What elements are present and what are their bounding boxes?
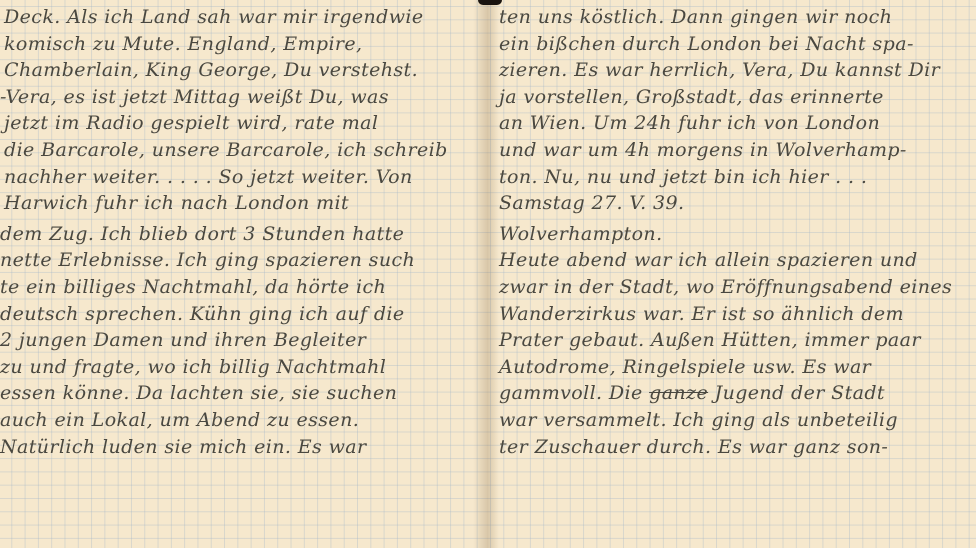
handwritten-line: ein bißchen durch London bei Nacht spa- [499,33,914,55]
handwritten-line: Natürlich luden sie mich ein. Es war [0,436,366,458]
handwritten-line: 2 jungen Damen und ihren Begleiter [0,329,366,351]
handwritten-line: nachher weiter. . . . . So jetzt weiter.… [4,166,413,188]
handwritten-line: ter Zuschauer durch. Es war ganz son- [499,436,888,458]
handwritten-line: an Wien. Um 24h fuhr ich von London [499,112,880,134]
handwritten-line: gammvoll. Die ganze Jugend der Stadt [499,382,885,404]
handwritten-line: Harwich fuhr ich nach London mit [4,192,349,214]
handwritten-line: ton. Nu, nu und jetzt bin ich hier . . . [499,166,867,188]
handwritten-line: nette Erlebnisse. Ich ging spazieren suc… [0,249,415,271]
right-page: ten uns köstlich. Dann gingen wir noch e… [487,0,976,548]
handwritten-line: komisch zu Mute. England, Empire, [4,33,363,55]
handwritten-line: zieren. Es war herrlich, Vera, Du kannst… [499,59,940,81]
handwritten-line: Autodrome, Ringelspiele usw. Es war [499,356,871,378]
handwritten-line: Prater gebaut. Außen Hütten, immer paar [499,329,921,351]
handwritten-line: zu und fragte, wo ich billig Nachtmahl [0,356,386,378]
handwritten-line: zwar in der Stadt, wo Eröffnungsabend ei… [499,276,952,298]
handwritten-line: dem Zug. Ich blieb dort 3 Stunden hatte [0,223,404,245]
handwritten-line: Deck. Als ich Land sah war mir irgendwie [4,6,424,28]
handwritten-line: auch ein Lokal, um Abend zu essen. [0,409,359,431]
notebook-spine [478,0,502,5]
handwritten-line: und war um 4h morgens in Wolverhamp- [499,139,907,161]
struck-word: ganze [649,382,708,404]
handwritten-line: ten uns köstlich. Dann gingen wir noch [499,6,892,28]
notebook-spread: Deck. Als ich Land sah war mir irgendwie… [0,0,976,548]
handwritten-line: die Barcarole, unsere Barcarole, ich sch… [4,139,448,161]
handwritten-line: essen könne. Da lachten sie, sie suchen [0,382,397,404]
handwritten-line: Chamberlain, King George, Du verstehst. [4,59,418,81]
handwritten-line: Heute abend war ich allein spazieren und [499,249,918,271]
handwritten-line: jetzt im Radio gespielt wird, rate mal [4,112,378,134]
diary-place-line: Wolverhampton. [499,223,663,245]
handwritten-line: te ein billiges Nachtmahl, da hörte ich [0,276,386,298]
handwritten-line: Wanderzirkus war. Er ist so ähnlich dem [499,303,904,325]
left-page: Deck. Als ich Land sah war mir irgendwie… [0,0,487,548]
handwritten-line: deutsch sprechen. Kühn ging ich auf die [0,303,405,325]
handwritten-line: war versammelt. Ich ging als unbeteilig [499,409,898,431]
handwritten-line: ja vorstellen, Großstadt, das erinnerte [499,86,884,108]
diary-date-line: Samstag 27. V. 39. [499,192,684,214]
handwritten-line: -Vera, es ist jetzt Mittag weißt Du, was [0,86,389,108]
